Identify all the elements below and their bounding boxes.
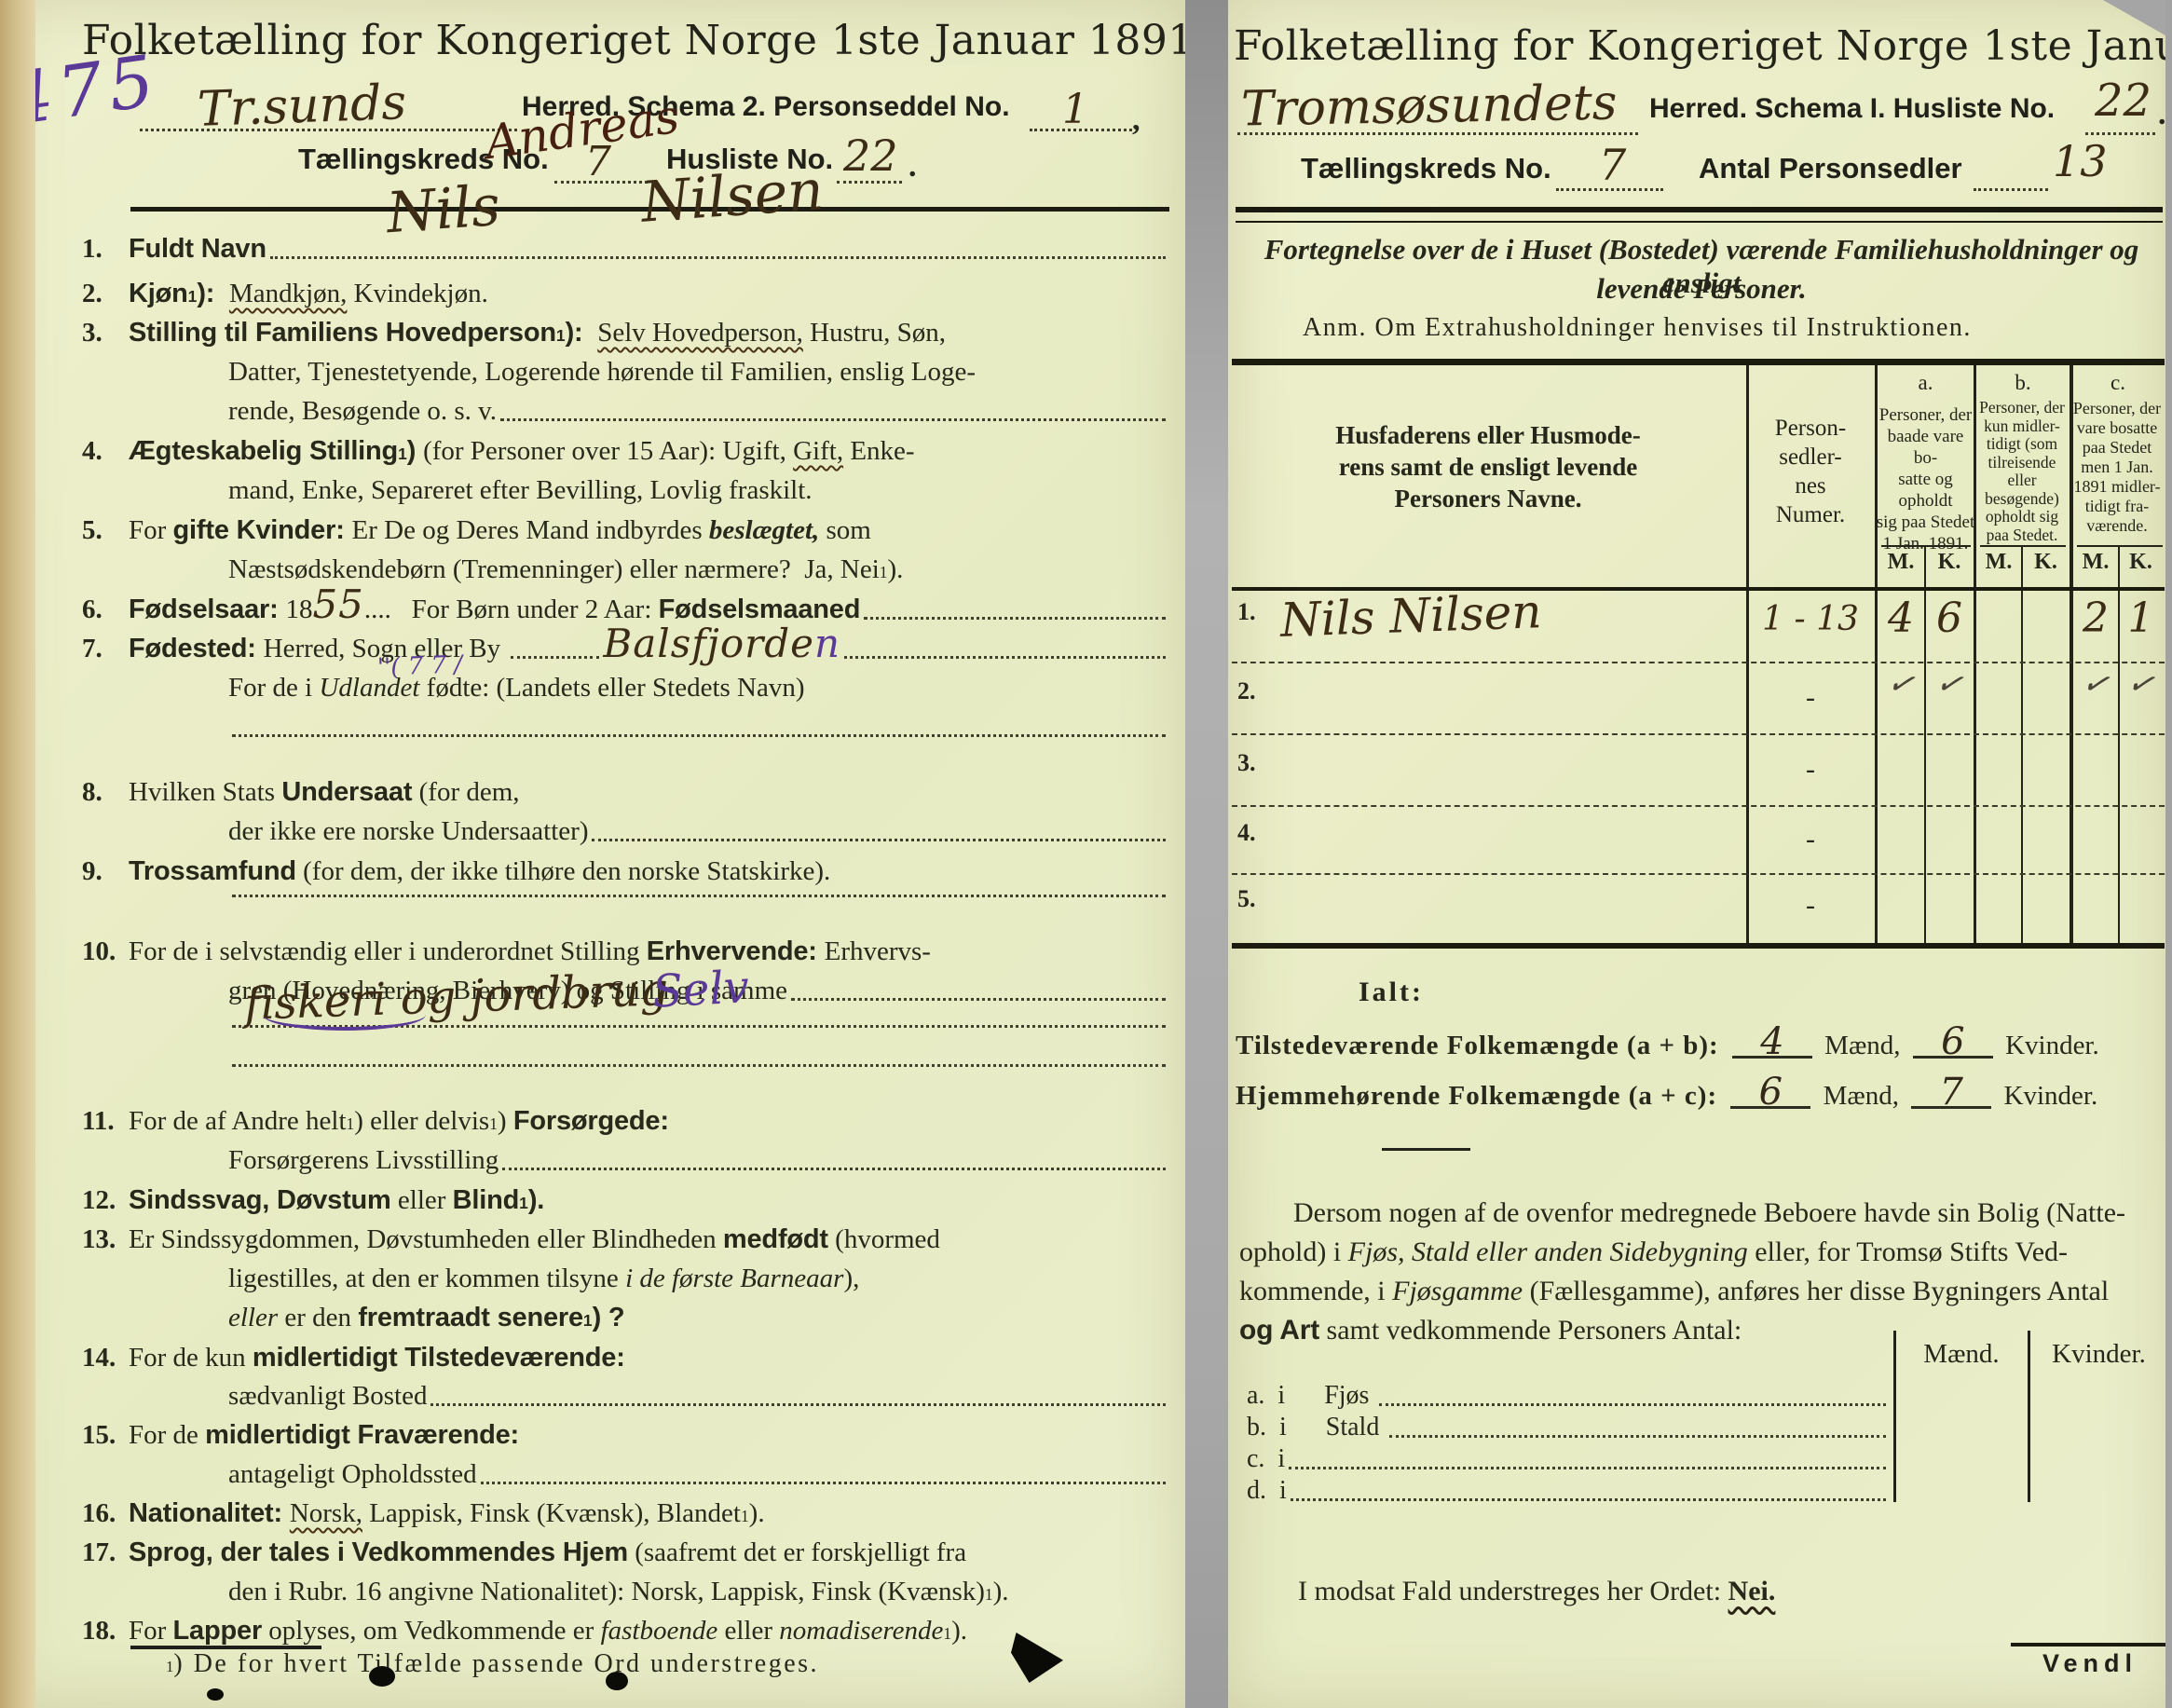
row-number: 1. <box>1237 598 1256 626</box>
form-item-8-cont: der ikke ere norske Undersaatter) <box>228 813 1169 850</box>
m-label: M. <box>1976 550 2021 575</box>
text-segment: Datter, Tjenestetyende, Logerende hørend… <box>228 353 976 390</box>
text-segment <box>864 615 1166 620</box>
row-number: 4. <box>1237 819 1256 847</box>
dotted-blank <box>140 127 517 131</box>
text-segment: Forsørgede: <box>513 1102 669 1140</box>
form-item-8: 8.Hvilken Stats Undersaat (for dem, <box>82 773 1169 811</box>
text-segment: midlertidigt Fraværende: <box>205 1416 519 1454</box>
dersom-paragraph-line: Dersom nogen af de ovenfor medregnede Be… <box>1293 1195 2165 1232</box>
text-segment: ) eller delvis <box>354 1102 489 1140</box>
table-row-numer: - <box>1746 890 1875 922</box>
form-item-11: 11.For de af Andre helt1) eller delvis1)… <box>82 1102 1169 1142</box>
form-item-13: 13.Er Sindssygdommen, Døvstumheden eller… <box>82 1221 1169 1258</box>
form-item-13-cont: eller er den fremtraadt senere1) ? <box>228 1299 1169 1339</box>
cell-c-m: 2 <box>2073 594 2118 642</box>
form-item-9: 9.Trossamfund (for dem, der ikke tilhøre… <box>82 853 1169 890</box>
text-segment: er den <box>278 1299 358 1336</box>
text-segment: 1 <box>741 1497 749 1535</box>
text-segment: Erhvervs- <box>825 933 931 970</box>
handwritten-last-name: Nilsen <box>639 157 826 235</box>
vend-label: Vendl <box>2011 1649 2169 1678</box>
form-item-4-cont: mand, Enke, Separeret efter Bevilling, L… <box>228 471 1169 509</box>
text-segment: 1 <box>519 1184 528 1222</box>
text-segment: For de af Andre helt <box>129 1102 347 1140</box>
form-item-2: 2.Kjøn1): Mandkjøn, Kvindekjøn. <box>82 275 1169 315</box>
text-segment: 15. <box>82 1416 129 1454</box>
text-segment <box>511 654 599 659</box>
page-gutter <box>1185 0 1228 1708</box>
text-segment: 6 <box>1730 1080 1810 1109</box>
text-segment: antageligt Opholdssted <box>228 1455 477 1493</box>
text-segment: ). <box>993 1573 1009 1610</box>
text-segment: oplyses, om Vedkommende er <box>262 1612 601 1649</box>
text-segment: Mænd, <box>1818 1027 1907 1064</box>
mini-column-divider <box>2028 1331 2030 1502</box>
m-label: M. <box>1878 550 1924 575</box>
tellingskreds-label: Tællingskreds No. <box>1301 152 1551 185</box>
text-segment: Forsørgerens Livsstilling <box>228 1141 499 1179</box>
text-segment: 17. <box>82 1534 129 1571</box>
text-segment: Kvinder. <box>1997 1077 2097 1114</box>
row-number: 2. <box>1237 677 1256 705</box>
handwritten-husliste-no: 22 <box>843 130 898 181</box>
text-segment: der ikke ere norske Undersaatter) <box>228 813 588 850</box>
form-item-1: 1.Fuldt Navn <box>82 230 1169 267</box>
mini-kvinder-header: Kvinder. <box>2031 1339 2166 1370</box>
text-segment <box>481 1480 1166 1484</box>
text-segment: rende, Besøgende o. s. v. <box>228 392 497 430</box>
table-row-numer: 1 - 13 <box>1750 600 1871 638</box>
text-segment <box>1379 1401 1886 1406</box>
text-segment: 3. <box>82 314 129 351</box>
form-blank-line <box>228 1062 1169 1075</box>
text-segment: Kvindekjøn. <box>347 275 487 312</box>
check-mark: ✓ <box>1921 661 1976 707</box>
text-segment <box>1389 1433 1886 1438</box>
text-segment: Nei. <box>1728 1573 1776 1610</box>
text-segment: Udlandet <box>319 669 419 706</box>
text-segment: Fødested: <box>129 630 264 667</box>
dotted-blank <box>2085 130 2155 135</box>
text-segment: 1 <box>583 1302 593 1339</box>
herred-schema-label: Herred. Schema I. Husliste No. <box>1649 93 2055 125</box>
mini-maend-header: Mænd. <box>1897 1339 2026 1370</box>
ink-blob <box>606 1672 628 1690</box>
text-segment <box>1289 1465 1886 1469</box>
comma: , <box>1132 102 1141 138</box>
col-c-header: Personer, der vare bosatte paa Stedet me… <box>2071 399 2163 536</box>
row-separator <box>1232 662 2165 663</box>
text-segment: i de første Barneaar <box>625 1260 843 1297</box>
text-segment: Fjøs, Stald eller anden Sidebygning <box>1348 1234 1748 1271</box>
text-segment: eller <box>228 1299 278 1336</box>
text-segment: Kjøn <box>129 275 188 312</box>
sum-hjemmehorende: Hjemmehørende Folkemængde (a + c): 6 Mæn… <box>1236 1077 2169 1114</box>
text-segment: eller <box>391 1182 453 1219</box>
text-segment: ): <box>566 314 598 351</box>
text-segment: For de i selvstændig eller i underordnet… <box>129 933 647 970</box>
text-segment: 4. <box>82 432 129 470</box>
vend-rule <box>2011 1643 2169 1647</box>
row-separator <box>1232 805 2165 807</box>
text-segment: midlertidigt Tilstedeværende: <box>253 1339 625 1376</box>
text-segment: Mandkjøn, <box>229 275 347 312</box>
text-segment: (for dem, <box>412 773 519 811</box>
text-segment <box>430 1401 1166 1406</box>
text-segment <box>232 1062 1166 1067</box>
double-rule <box>1236 207 2163 223</box>
text-segment <box>232 732 1166 737</box>
scan-right-edge <box>2165 0 2172 1708</box>
handwritten-personseddel-no: 1 <box>1062 86 1088 133</box>
text-segment: (saafremt det er forskjelligt fra <box>628 1534 966 1571</box>
col-c-letter: c. <box>2073 371 2163 395</box>
text-segment: ): <box>197 275 229 312</box>
period: . <box>908 149 917 184</box>
form-item-17: 17.Sprog, der tales i Vedkommendes Hjem … <box>82 1534 1169 1571</box>
text-segment: nomadiserende <box>779 1612 943 1649</box>
text-segment: For de kun <box>129 1339 253 1376</box>
table-row-numer: - <box>1746 824 1875 855</box>
row-separator <box>1232 873 2165 875</box>
text-segment: 18. <box>82 1612 129 1649</box>
form-item-15-cont: antageligt Opholdssted <box>228 1455 1169 1493</box>
form-item-5-cont: Næstsødskendebørn (Tremenninger) eller n… <box>228 551 1169 591</box>
text-segment: d. i <box>1247 1472 1287 1510</box>
text-segment: 1 <box>166 1648 173 1686</box>
text-segment: ) <box>407 432 423 470</box>
text-segment: ). <box>887 551 903 588</box>
text-segment: Selv Hovedperson, <box>597 314 803 351</box>
text-segment: 18 <box>285 591 312 628</box>
form-item-13-cont: ligestilles, at den er kommen tilsyne i … <box>228 1260 1169 1297</box>
text-segment: Er Sindssygdommen, Døvstumheden eller Bl… <box>129 1221 723 1258</box>
text-segment: 8. <box>82 773 129 811</box>
text-segment: Er De og Deres Mand indbyrdes <box>352 512 709 549</box>
form-item-3-cont: Datter, Tjenestetyende, Logerende hørend… <box>228 353 1169 390</box>
text-segment: 7 <box>1911 1080 1991 1109</box>
household-table: Husfaderens eller Husmode- rens samt de … <box>1232 359 2165 948</box>
form-item-12: 12.Sindssvag, Døvstum eller Blind1). <box>82 1182 1169 1222</box>
text-segment: For <box>129 1612 173 1649</box>
text-segment: ). <box>528 1182 544 1219</box>
text-segment: 1 <box>347 1105 355 1142</box>
text-segment: Hustru, Søn, <box>803 314 946 351</box>
form-blank-line <box>228 893 1169 906</box>
form-item-5: 5.For gifte Kvinder: Er De og Deres Mand… <box>82 512 1169 549</box>
dersom-paragraph-line: og Art samt vedkommende Personers Antal: <box>1239 1312 2165 1349</box>
row-number: 5. <box>1237 885 1256 913</box>
text-segment: fremtraadt senere <box>358 1299 583 1336</box>
mk-rule <box>1980 545 2066 547</box>
page-left: Folketælling for Kongeriget Norge 1ste J… <box>0 0 1185 1708</box>
text-segment: 55 <box>312 591 363 619</box>
text-segment: Undersaat <box>281 773 412 811</box>
text-segment: 1 <box>398 435 407 472</box>
text-segment: ) <box>498 1102 513 1140</box>
page-right: Folketælling for Kongeriget Norge 1ste J… <box>1228 0 2172 1708</box>
census-scan: Folketælling for Kongeriget Norge 1ste J… <box>0 0 2172 1708</box>
check-mark: ✓ <box>2115 662 2165 707</box>
handwritten-tellingskreds-no: 7 <box>1599 140 1626 190</box>
mini-column-divider <box>1893 1331 1896 1502</box>
check-mark: ✓ <box>1874 661 1927 707</box>
text-segment: 14. <box>82 1339 129 1376</box>
text-segment <box>270 254 1166 259</box>
table-bottom-thin-rule <box>1232 947 2165 949</box>
text-segment: eller, for Tromsø Stifts Ved- <box>1748 1234 2068 1271</box>
text-segment: ) ? <box>593 1299 625 1336</box>
text-segment: 13. <box>82 1221 129 1258</box>
text-segment: (for Personer over 15 Aar): Ugift, <box>423 432 793 470</box>
text-segment: Fuldt Navn <box>129 230 266 267</box>
dersom-paragraph-line: ophold) i Fjøs, Stald eller anden Sideby… <box>1239 1234 2165 1271</box>
table-row-numer: - <box>1746 754 1875 786</box>
text-segment: Tilstedeværende Folkemængde (a + b): <box>1236 1027 1727 1064</box>
text-segment: sædvanligt Bosted <box>228 1377 427 1414</box>
cell-c-k: 1 <box>2119 594 2163 642</box>
section-rule <box>1382 1148 1470 1151</box>
text-segment: gifte Kvinder: <box>173 512 352 549</box>
ink-blob <box>207 1688 224 1701</box>
text-segment: 7. <box>82 630 129 667</box>
form-item-14-cont: sædvanligt Bosted <box>228 1377 1169 1414</box>
m-label: M. <box>2073 550 2118 575</box>
text-segment <box>791 996 1166 1001</box>
handwritten-herred-name: Tromsøsundets <box>1241 75 1618 137</box>
text-segment: ), <box>843 1260 859 1297</box>
form-item-3-cont: rende, Besøgende o. s. v. <box>228 392 1169 430</box>
mk-divider <box>2021 547 2023 943</box>
form-item-11-cont: Forsørgerens Livsstilling <box>228 1141 1169 1179</box>
text-segment: (Fællesgamme), anføres her disse Bygning… <box>1523 1273 2109 1310</box>
form-item-17-cont: den i Rubr. 16 angivne Nationalitet): No… <box>228 1573 1169 1613</box>
cell-a-m: 4 <box>1878 594 1924 642</box>
k-label: K. <box>2119 550 2163 575</box>
text-segment: Lapper <box>173 1612 263 1649</box>
text-segment: Trossamfund <box>129 853 296 890</box>
text-segment <box>592 837 1166 841</box>
text-segment: Sprog, der tales i Vedkommendes Hjem <box>129 1534 628 1571</box>
text-segment: (hvormed <box>828 1221 940 1258</box>
text-segment: Fjøsgamme <box>1392 1273 1523 1310</box>
text-segment: 1 <box>880 553 888 591</box>
name-column-header: Husfaderens eller Husmode- rens samt de … <box>1241 419 1735 514</box>
text-segment: Fødselsaar: <box>129 591 285 628</box>
text-segment: 4 <box>1732 1030 1812 1059</box>
text-segment: 16. <box>82 1495 129 1532</box>
text-segment: 5. <box>82 512 129 549</box>
scan-left-edge <box>0 0 35 1708</box>
text-segment: .... <box>364 591 412 628</box>
text-segment: 11. <box>82 1102 129 1140</box>
text-segment: 1 <box>489 1105 498 1142</box>
text-segment: den i Rubr. 16 angivne Nationalitet): No… <box>228 1573 985 1610</box>
text-segment: 1 <box>985 1576 993 1613</box>
ink-blob <box>369 1666 395 1687</box>
text-segment: Nationalitet: <box>129 1495 290 1532</box>
k-label: K. <box>2022 550 2070 575</box>
text-segment: som <box>819 512 871 549</box>
pen-underline <box>263 999 426 1031</box>
text-segment: fastboende <box>601 1612 718 1649</box>
col-a-letter: a. <box>1878 371 1974 395</box>
sum-tilstedevaerende: Tilstedeværende Folkemængde (a + b): 4 M… <box>1236 1027 2169 1064</box>
handwritten-antal-value: 13 <box>2053 136 2108 186</box>
page-title: Folketælling for Kongeriget Norge 1ste J… <box>82 17 1169 64</box>
ialt-label: Ialt: <box>1359 977 1424 1008</box>
handwritten-selv: Selv <box>651 961 751 1018</box>
text-segment: ) De for hvert Tilfælde passende Ord und… <box>173 1646 819 1683</box>
text-segment: ). <box>749 1495 765 1532</box>
numer-column-header: Person- sedler- nes Numer. <box>1746 414 1875 529</box>
row-separator <box>1232 733 2165 735</box>
text-segment: Lappisk, Finsk (Kvænsk), Blandet <box>362 1495 741 1532</box>
text-segment: ). <box>951 1612 967 1649</box>
text-segment: fødte: (Landets eller Stedets Navn) <box>419 669 804 706</box>
antal-personsedler-label: Antal Personsedler <box>1699 152 1962 185</box>
cell-a-k: 6 <box>1925 594 1974 642</box>
text-segment: Ægteskabelig Stilling <box>129 432 398 470</box>
text-segment: Balsfjorde <box>603 630 814 658</box>
text-segment: (for dem, der ikke tilhøre den norske St… <box>296 853 830 890</box>
dotted-blank <box>1237 130 1638 135</box>
text-segment: medfødt <box>723 1221 828 1258</box>
text-segment: Hjemmehørende Folkemængde (a + c): <box>1236 1077 1725 1114</box>
check-mark: ✓ <box>2070 661 2121 706</box>
col-a-header: Personer, der baade vare bo- satte og op… <box>1876 404 1975 554</box>
text-segment: Enke- <box>843 432 915 470</box>
form-item-4: 4.Ægteskabelig Stilling1) (for Personer … <box>82 432 1169 472</box>
text-segment: 6. <box>82 591 129 628</box>
col-b-header: Personer, der kun midler- tidigt (som ti… <box>1974 399 2070 544</box>
text-segment: 1 <box>188 278 198 315</box>
col-b-letter: b. <box>1976 371 2070 395</box>
text-segment: Kvinder. <box>1999 1027 2099 1064</box>
text-segment: Hvilken Stats <box>129 773 281 811</box>
text-segment: ligestilles, at den er kommen tilsyne <box>228 1260 625 1297</box>
form-item-7: 7.Fødested: Herred, Sogn eller By Balsfj… <box>82 630 1169 667</box>
footnote: 1) De for hvert Tilfælde passende Ord un… <box>166 1646 1098 1686</box>
text-segment <box>1291 1496 1886 1501</box>
dotted-blank <box>1974 186 2048 191</box>
anm-note: Anm. Om Extrahusholdninger henvises til … <box>1303 313 1972 343</box>
row-number: 3. <box>1237 749 1256 777</box>
page-title: Folketælling for Kongeriget Norge 1ste J… <box>1234 22 2165 70</box>
text-segment: Stilling til Familiens Hovedperson <box>129 314 556 351</box>
text-segment: For de i <box>228 669 319 706</box>
mini-row-d: d. i <box>1247 1472 1890 1510</box>
form-blank-line <box>228 732 1169 745</box>
handwritten-husliste-no: 22 <box>2095 75 2152 127</box>
mk-rule <box>2077 545 2163 547</box>
text-segment: og Art <box>1239 1312 1319 1349</box>
table-row-numer: - <box>1746 682 1875 714</box>
text-segment: 2. <box>82 275 129 312</box>
form-item-15: 15.For de midlertidigt Fraværende: <box>82 1416 1169 1454</box>
dersom-paragraph-line: kommende, i Fjøsgamme (Fællesgamme), anf… <box>1239 1273 2165 1310</box>
text-segment: Norsk, <box>290 1495 362 1532</box>
text-segment: samt vedkommende Personers Antal: <box>1319 1312 1742 1349</box>
text-segment: Mænd, <box>1816 1077 1906 1114</box>
text-segment: Gift, <box>793 432 843 470</box>
text-segment: For <box>129 512 173 549</box>
text-segment: 1. <box>82 230 129 267</box>
form-item-16: 16.Nationalitet: Norsk, Lappisk, Finsk (… <box>82 1495 1169 1535</box>
text-segment: For de <box>129 1416 205 1454</box>
form-item-3: 3.Stilling til Familiens Hovedperson1): … <box>82 314 1169 354</box>
text-segment <box>502 1166 1166 1170</box>
text-segment: 6 <box>1913 1030 1993 1059</box>
intro-line-2: levende Personer. <box>1236 272 2167 306</box>
text-segment: Dersom nogen af de ovenfor medregnede Be… <box>1293 1195 2125 1232</box>
form-item-7-cont: For de i Udlandet fødte: (Landets eller … <box>228 669 1169 706</box>
text-segment: 1 <box>556 317 566 354</box>
text-segment <box>500 417 1166 421</box>
text-segment: mand, Enke, Separeret efter Bevilling, L… <box>228 471 813 509</box>
form-item-14: 14.For de kun midlertidigt Tilstedeværen… <box>82 1339 1169 1376</box>
text-segment: eller <box>717 1612 779 1649</box>
text-segment: beslægtet, <box>709 512 819 549</box>
text-segment: I modsat Fald understreges her Ordet: <box>1298 1573 1728 1610</box>
text-segment: 12. <box>82 1182 129 1219</box>
handwritten-middle-name: Andreas <box>482 89 682 171</box>
text-segment: kommende, i <box>1239 1273 1392 1310</box>
text-segment: n <box>814 630 840 658</box>
text-segment <box>844 654 1166 659</box>
text-segment: ophold) i <box>1239 1234 1348 1271</box>
text-segment <box>232 893 1166 897</box>
modsat-line: I modsat Fald understreges her Ordet: Ne… <box>1298 1573 2137 1610</box>
text-segment: 10. <box>82 933 129 970</box>
text-segment: Blind <box>453 1182 520 1219</box>
text-segment: 9. <box>82 853 129 890</box>
k-label: K. <box>1925 550 1974 575</box>
table-row-name: Nils Nilsen <box>1279 584 1542 648</box>
text-segment: Sindssvag, Døvstum <box>129 1182 391 1219</box>
